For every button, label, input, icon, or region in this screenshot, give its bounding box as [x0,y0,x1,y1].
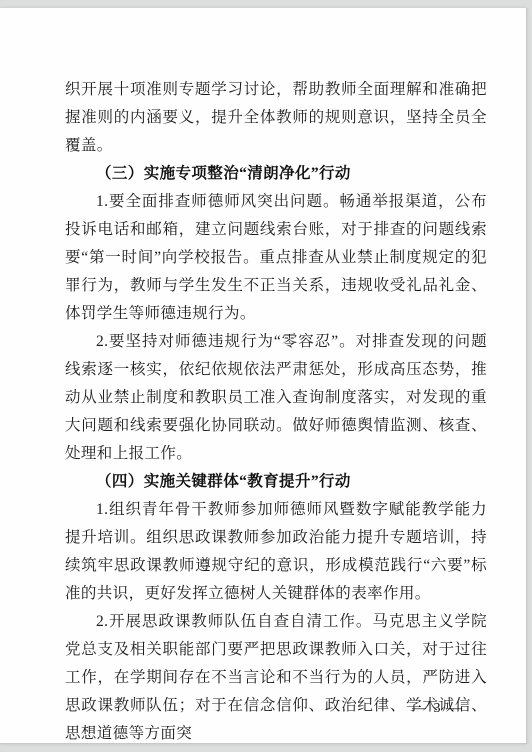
paragraph: 1.组织青年骨干教师参加师德师风暨数字赋能教学能力提升培训。组织思政课教师参加政… [65,496,487,608]
paragraph: 1.要全面排查师德师风突出问题。畅通举报渠道，公布投诉电话和邮箱，建立问题线索台… [65,188,487,328]
document-page: 织开展十项准则专题学习讨论，帮助教师全面理解和准确把握准则的内涵要义，提升全体教… [0,8,527,744]
page-number: — 3 — [412,701,464,717]
document-text: 织开展十项准则专题学习讨论，帮助教师全面理解和准确把握准则的内涵要义，提升全体教… [65,76,487,748]
section-heading-3: （三）实施专项整治“清朗净化”行动 [65,160,487,188]
section-heading-4: （四）实施关键群体“教育提升”行动 [65,468,487,496]
paragraph-continuation: 织开展十项准则专题学习讨论，帮助教师全面理解和准确把握准则的内涵要义，提升全体教… [65,76,487,160]
paragraph: 2.要坚持对师德违规行为“零容忍”。对排查发现的问题线索逐一核实，依纪依规依法严… [65,328,487,468]
paragraph: 2.开展思政课教师队伍自查自清工作。马克思主义学院党总支及相关职能部门要严把思政… [65,608,487,748]
